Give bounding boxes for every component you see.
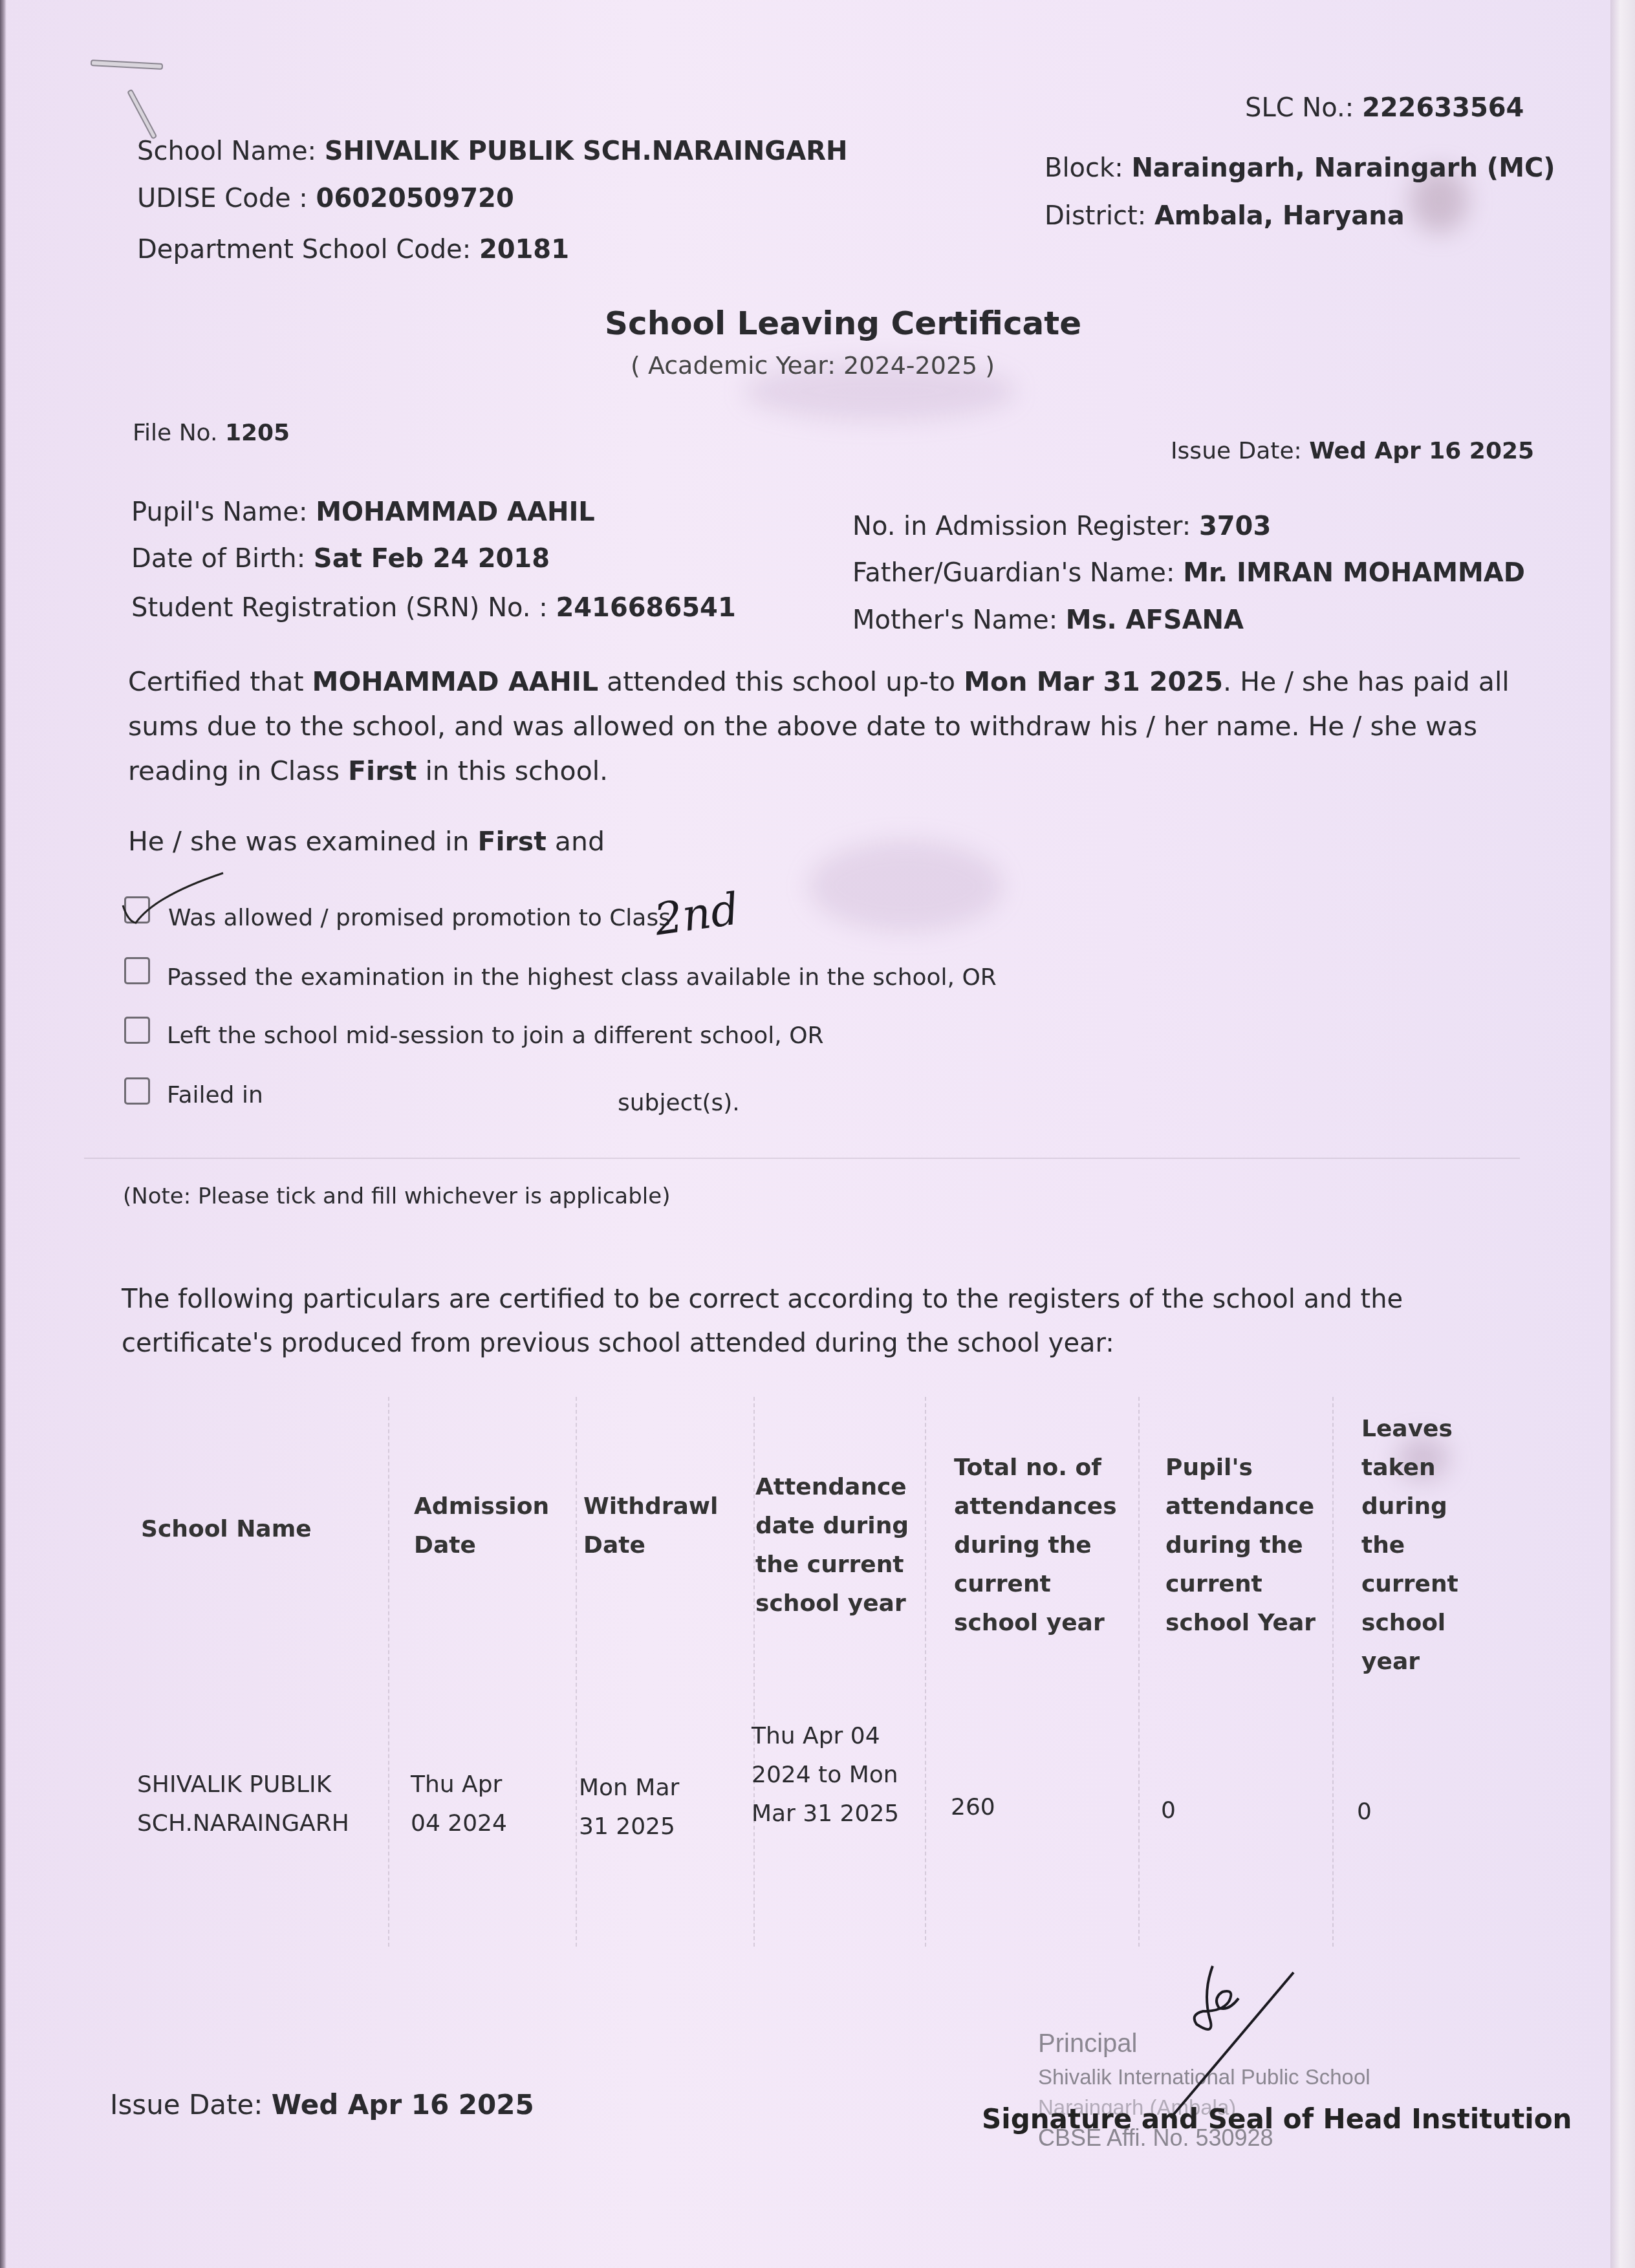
school-name-value: SHIVALIK PUBLIK SCH.NARAINGARH [325,136,848,166]
table-header-total-attendances: Total no. of attendances during the curr… [954,1449,1142,1643]
table-cell-total-attendances: 260 [951,1788,1080,1827]
table-header-attendance-dates: Attendance date during the current schoo… [755,1468,911,1623]
srn-row: Student Registration (SRN) No. : 2416686… [131,592,736,623]
signature-label: Signature and Seal of Head Institution [982,2103,1572,2135]
option-promotion-label: Was allowed / promised promotion to Clas… [168,904,671,932]
footer-issue-date-row: Issue Date: Wed Apr 16 2025 [110,2089,534,2121]
scan-edge-right [1610,0,1635,2268]
mother-value: Ms. AFSANA [1066,605,1244,635]
option-left-label: Left the school mid-session to join a di… [167,1022,824,1050]
district-value: Ambala, Haryana [1154,201,1405,231]
column-divider [753,1397,755,1947]
exam-class: First [478,826,547,857]
table-cell-withdrawl-date: Mon Mar 31 2025 [579,1769,689,1846]
cert-text: attended this school up-to [598,666,964,697]
footer-issue-date-value: Wed Apr 16 2025 [272,2089,534,2121]
cert-pupil-name: MOHAMMAD AAHIL [312,666,599,697]
table-cell-leaves-taken: 0 [1357,1793,1454,1831]
block-value: Naraingarh, Naraingarh (MC) [1131,153,1555,183]
dept-code-value: 20181 [479,235,569,265]
mother-label: Mother's Name: [852,605,1057,635]
column-divider [925,1397,926,1947]
column-divider [1332,1397,1334,1947]
file-no-value: 1205 [225,420,290,446]
issue-date-value: Wed Apr 16 2025 [1309,438,1534,464]
cert-class: First [348,755,417,786]
block-row: Block: Naraingarh, Naraingarh (MC) [1045,153,1555,184]
table-cell-pupil-attendance: 0 [1161,1791,1290,1830]
pupil-name-value: MOHAMMAD AAHIL [316,497,595,527]
option-failed-label: Failed in [167,1081,263,1109]
srn-label: Student Registration (SRN) No. : [131,593,548,623]
slc-row: SLC No.: 222633564 [1245,92,1524,124]
page-title: School Leaving Certificate [605,304,1081,343]
pupil-name-label: Pupil's Name: [131,497,307,527]
footer-issue-date-label: Issue Date: [110,2089,263,2121]
examined-line: He / she was examined in First and [128,826,605,858]
checkbox-left-mid-session[interactable] [124,1017,150,1044]
table-header-pupil-attendance: Pupil's attendance during the current sc… [1165,1449,1321,1643]
school-name-label: School Name: [137,136,316,166]
issue-date-row: Issue Date: Wed Apr 16 2025 [1171,437,1534,465]
udise-label: UDISE Code : [137,184,308,213]
cert-text: Certified that [128,666,312,697]
table-cell-attendance-dates: Thu Apr 04 2024 to Mon Mar 31 2025 [752,1717,907,1833]
file-no-row: File No. 1205 [133,419,290,447]
note-text: (Note: Please tick and fill whichever is… [123,1183,670,1210]
father-value: Mr. IMRAN MOHAMMAD [1183,558,1525,588]
exam-text: and [547,826,605,857]
table-header-leaves-taken: Leaves taken during the current school y… [1361,1410,1458,1681]
udise-value: 06020509720 [316,184,514,213]
table-header-school-name: School Name [141,1510,374,1549]
checkbox-passed-highest[interactable] [124,957,150,984]
issue-date-label: Issue Date: [1171,438,1302,464]
stamp-principal: Principal [1038,2029,1137,2058]
dept-code-label: Department School Code: [137,235,471,265]
signature-icon [1158,1953,1306,2121]
admission-no-row: No. in Admission Register: 3703 [852,511,1271,542]
table-header-withdrawl-date: Withdrawl Date [583,1487,732,1565]
dept-code-row: Department School Code: 20181 [137,234,569,265]
file-no-label: File No. [133,420,217,446]
table-cell-school-name: SHIVALIK PUBLIK SCH.NARAINGARH [137,1766,389,1843]
district-row: District: Ambala, Haryana [1045,200,1405,232]
district-label: District: [1045,201,1146,231]
srn-value: 2416686541 [556,593,735,623]
cert-date: Mon Mar 31 2025 [964,666,1223,697]
father-row: Father/Guardian's Name: Mr. IMRAN MOHAMM… [852,557,1525,589]
option-passed-label: Passed the examination in the highest cl… [167,964,997,991]
mother-row: Mother's Name: Ms. AFSANA [852,605,1244,636]
slc-label: SLC No.: [1245,93,1354,123]
certification-paragraph: Certified that MOHAMMAD AAHIL attended t… [128,660,1512,794]
admission-no-value: 3703 [1199,512,1271,541]
scan-edge-left [0,0,6,2268]
table-cell-admission-date: Thu Apr 04 2024 [411,1766,521,1843]
school-name-row: School Name: SHIVALIK PUBLIK SCH.NARAING… [137,136,847,167]
father-label: Father/Guardian's Name: [852,558,1175,588]
column-divider [576,1397,577,1947]
exam-text: He / she was examined in [128,826,478,857]
divider [84,1158,1520,1159]
particulars-intro: The following particulars are certified … [122,1277,1415,1365]
dob-label: Date of Birth: [131,544,305,574]
dob-row: Date of Birth: Sat Feb 24 2018 [131,543,550,574]
option-failed-suffix: subject(s). [618,1089,740,1117]
admission-no-label: No. in Admission Register: [852,512,1191,541]
udise-row: UDISE Code : 06020509720 [137,183,514,214]
academic-year: ( Academic Year: 2024-2025 ) [631,351,995,381]
table-header-admission-date: Admission Date [414,1487,556,1565]
checkbox-failed[interactable] [124,1077,150,1105]
block-label: Block: [1045,153,1123,183]
smudge [808,841,1002,931]
column-divider [388,1397,389,1947]
cert-text: in this school. [417,755,608,786]
dob-value: Sat Feb 24 2018 [314,544,550,574]
slc-value: 222633564 [1362,93,1524,123]
pupil-name-row: Pupil's Name: MOHAMMAD AAHIL [131,497,595,528]
